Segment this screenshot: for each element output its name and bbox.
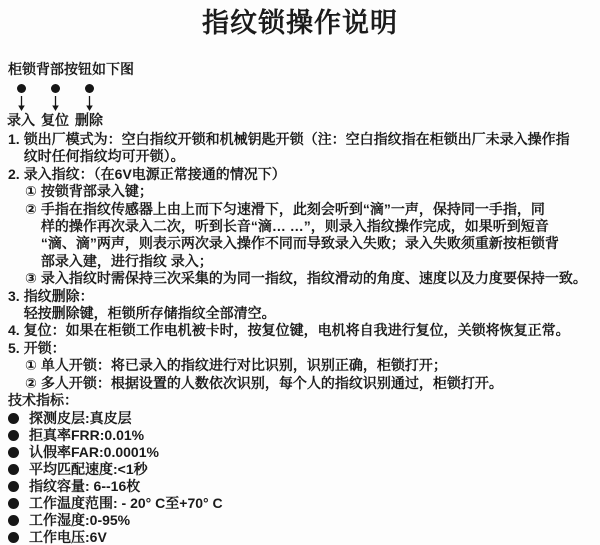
- item-text: 单人开锁：将已录入的指纹进行对比识别，识别正确，柜锁打开；: [41, 357, 447, 374]
- bullet-icon: [8, 430, 19, 441]
- spec-text: 平均匹配速度:<1秒: [29, 461, 148, 478]
- instruction-item: 1. 锁出厂模式为：空白指纹开锁和机械钥匙开锁（注：空白指纹指在柜锁出厂未录入操…: [8, 131, 600, 166]
- item-text: 多人开锁：根据设置的人数依次识别，每个人的指纹识别通过，柜锁打开。: [41, 375, 503, 392]
- specs-heading: 技术指标：: [8, 392, 600, 409]
- technical-specs: 技术指标： 探测皮层:真皮层 拒真率FRR:0.01% 认假率FAR:0.000…: [8, 392, 600, 545]
- spec-item: 探测皮层:真皮层: [8, 410, 600, 427]
- button-row: 录入 复位 删除: [5, 84, 600, 129]
- down-arrow-icon: [85, 96, 94, 111]
- button-indicator-reset: 复位: [39, 84, 71, 129]
- item-marker: ①: [25, 357, 37, 374]
- item-marker: 5.: [8, 340, 20, 357]
- instruction-item: 3. 指纹删除： 轻按删除键，柜锁所存储指纹全部清空。: [8, 288, 600, 323]
- item-marker: ②: [25, 201, 37, 271]
- bullet-icon: [8, 464, 19, 475]
- item-text: 开锁：: [24, 340, 66, 357]
- instruction-subitem: ② 手指在指纹传感器上由上而下匀速滑下，此刻会听到“滴”一声，保持同一手指，同 …: [25, 201, 600, 271]
- item-text: 复位：如果在柜锁工作电机被卡时，按复位键，电机将自我进行复位，关锁将恢复正常。: [24, 322, 570, 339]
- spec-text: 拒真率FRR:0.01%: [29, 427, 144, 444]
- button-label: 复位: [41, 112, 69, 129]
- bullet-icon: [8, 532, 19, 543]
- button-indicator-enroll: 录入: [5, 84, 37, 129]
- item-text: 锁出厂模式为：空白指纹开锁和机械钥匙开锁（注：空白指纹指在柜锁出厂未录入操作指 …: [24, 131, 570, 166]
- instruction-subitem: ③ 录入指纹时需保持三次采集的为同一指纹，指纹滑动的角度、速度以及力度要保持一致…: [25, 270, 600, 287]
- item-marker: 4.: [8, 322, 20, 339]
- document-page: 指纹锁操作说明 柜锁背部按钮如下图 录入 复位: [0, 7, 600, 545]
- spec-text: 工作电压:6V: [29, 529, 107, 545]
- button-diagram: 柜锁背部按钮如下图 录入 复位: [8, 61, 600, 129]
- button-dot-icon: [17, 84, 26, 93]
- spec-text: 指纹容量: 6--16枚: [29, 478, 140, 495]
- button-indicator-delete: 删除: [73, 84, 105, 129]
- button-dot-icon: [85, 84, 94, 93]
- spec-item: 工作湿度:0-95%: [8, 512, 600, 529]
- spec-item: 平均匹配速度:<1秒: [8, 461, 600, 478]
- spec-text: 工作湿度:0-95%: [29, 512, 130, 529]
- spec-text: 认假率FAR:0.0001%: [29, 444, 159, 461]
- instruction-list: 1. 锁出厂模式为：空白指纹开锁和机械钥匙开锁（注：空白指纹指在柜锁出厂未录入操…: [8, 131, 600, 392]
- bullet-icon: [8, 447, 19, 458]
- spec-text: 工作温度范围: - 20° C至+70° C: [29, 495, 223, 512]
- down-arrow-icon: [51, 96, 60, 111]
- diagram-caption: 柜锁背部按钮如下图: [8, 61, 600, 78]
- item-marker: 2.: [8, 166, 20, 183]
- item-text: 录入指纹时需保持三次采集的为同一指纹，指纹滑动的角度、速度以及力度要保持一致。: [41, 270, 587, 287]
- button-dot-icon: [51, 84, 60, 93]
- instruction-item: 4. 复位：如果在柜锁工作电机被卡时，按复位键，电机将自我进行复位，关锁将恢复正…: [8, 322, 600, 339]
- instruction-item: 5. 开锁：: [8, 340, 600, 357]
- spec-item: 工作电压:6V: [8, 529, 600, 545]
- item-marker: ③: [25, 270, 37, 287]
- bullet-icon: [8, 413, 19, 424]
- spec-item: 指纹容量: 6--16枚: [8, 478, 600, 495]
- spec-item: 拒真率FRR:0.01%: [8, 427, 600, 444]
- spec-text: 探测皮层:真皮层: [29, 410, 132, 427]
- item-marker: ②: [25, 375, 37, 392]
- spec-item: 认假率FAR:0.0001%: [8, 444, 600, 461]
- button-label: 录入: [7, 112, 35, 129]
- spec-item: 工作温度范围: - 20° C至+70° C: [8, 495, 600, 512]
- instruction-subitem: ① 按锁背部录入键；: [25, 183, 600, 200]
- item-marker: ①: [25, 183, 37, 200]
- bullet-icon: [8, 481, 19, 492]
- item-text: 录入指纹：（在6V电源正常接通的情况下）: [24, 166, 286, 183]
- bullet-icon: [8, 498, 19, 509]
- down-arrow-icon: [17, 96, 26, 111]
- button-label: 删除: [75, 112, 103, 129]
- instruction-item: 2. 录入指纹：（在6V电源正常接通的情况下）: [8, 166, 600, 183]
- bullet-icon: [8, 515, 19, 526]
- item-marker: 1.: [8, 131, 20, 166]
- page-title: 指纹锁操作说明: [0, 7, 600, 39]
- instruction-subitem: ① 单人开锁：将已录入的指纹进行对比识别，识别正确，柜锁打开；: [25, 357, 600, 374]
- item-text: 指纹删除： 轻按删除键，柜锁所存储指纹全部清空。: [24, 288, 276, 323]
- item-marker: 3.: [8, 288, 20, 323]
- instruction-subitem: ② 多人开锁：根据设置的人数依次识别，每个人的指纹识别通过，柜锁打开。: [25, 375, 600, 392]
- item-text: 手指在指纹传感器上由上而下匀速滑下，此刻会听到“滴”一声，保持同一手指，同 样的…: [41, 201, 559, 271]
- item-text: 按锁背部录入键；: [41, 183, 153, 200]
